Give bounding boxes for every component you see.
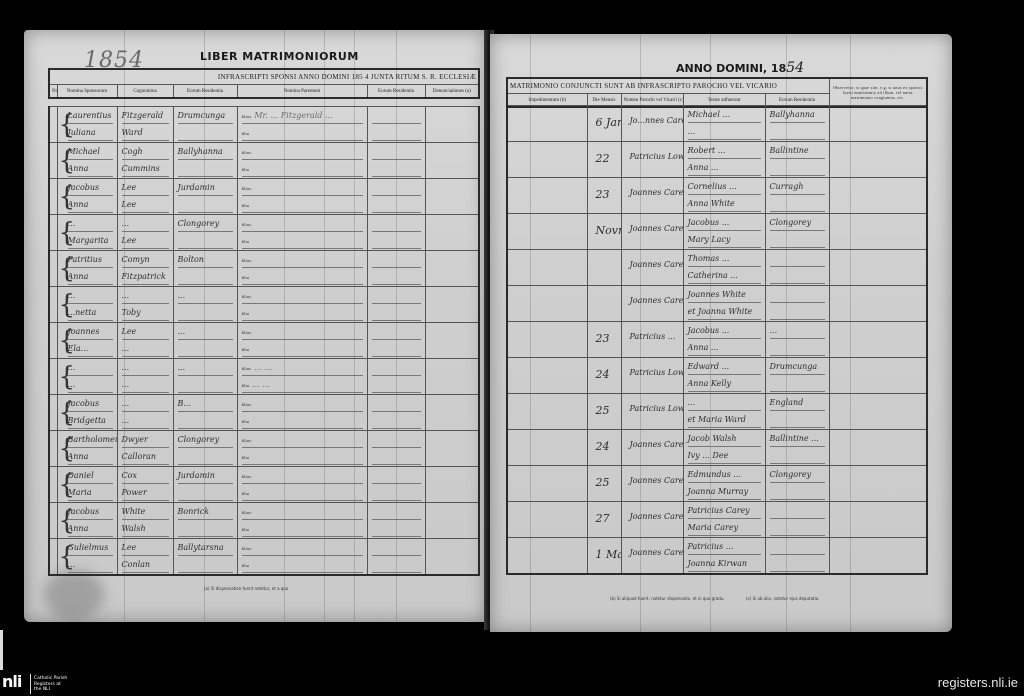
priest-name: Joannes Carey bbox=[624, 250, 681, 269]
entry-number-cell bbox=[49, 539, 57, 576]
register-entry-row: 25Patricius Lowe...et Maria WardEngland bbox=[507, 394, 927, 430]
brace-mark: { bbox=[59, 255, 76, 283]
priest-cell: Patricius ... bbox=[621, 322, 683, 358]
register-entry-row: {...............filius... ...filia... ..… bbox=[49, 359, 479, 395]
spouse-names-cell: {Gulielmus... bbox=[57, 539, 117, 576]
register-entry-row: 25Joannes CareyEdmundus ...Joanna Murray… bbox=[507, 466, 927, 502]
right-entries: 6 Janr 24Jo...nnes CareyMichael ......Ba… bbox=[506, 105, 928, 575]
witness-residence: Clongorey bbox=[770, 215, 825, 231]
observations-cell bbox=[829, 538, 927, 575]
blank-line bbox=[770, 520, 825, 536]
filius-label: filius bbox=[242, 294, 252, 299]
blank-line bbox=[372, 485, 421, 501]
register-entry-row: 27Joannes CareyPatricius CareyMaria Care… bbox=[507, 502, 927, 538]
parents-cell: filiusfilia bbox=[237, 323, 367, 359]
residence-value: ... bbox=[178, 360, 233, 376]
witnesses-cell: Patricius CareyMaria Carey bbox=[683, 502, 765, 538]
priest-cell: Jo...nnes Carey bbox=[621, 106, 683, 142]
logo-caption: Catholic Parish Registers at the NLI bbox=[34, 676, 74, 693]
observations-cell bbox=[829, 106, 927, 142]
residence-cell: Ballytarsna bbox=[173, 539, 237, 576]
register-entry-row: 24Joannes CareyJacob WalshIvy ... DeeBal… bbox=[507, 430, 927, 466]
observations-cell bbox=[829, 250, 927, 286]
parents-residence-cell bbox=[367, 215, 425, 251]
parents-cell: filiusfilia bbox=[237, 431, 367, 467]
blank-line bbox=[372, 108, 421, 124]
blank-line bbox=[372, 197, 421, 213]
priest-name: Jo...nnes Carey bbox=[624, 106, 681, 125]
witness-residence-cell: Clongorey bbox=[765, 466, 829, 502]
site-url-link[interactable]: registers.nli.ie bbox=[938, 675, 1018, 690]
blank-line bbox=[770, 196, 825, 212]
father-line: filius bbox=[242, 540, 363, 556]
blank-line bbox=[372, 288, 421, 304]
priest-cell: Patricius Lowe bbox=[621, 358, 683, 394]
impediment-cell bbox=[507, 214, 587, 250]
marriage-register-left-table: INFRASCRIPTI SPONSI ANNO DOMINI 185 4 JU… bbox=[48, 68, 480, 99]
witness-2: ... bbox=[688, 124, 761, 140]
marriage-day: 23 bbox=[590, 322, 619, 345]
observations-cell bbox=[829, 394, 927, 430]
surnames-cell: ...Lee bbox=[117, 215, 173, 251]
parents-cell: filiusfilia bbox=[237, 503, 367, 539]
surnames-cell: CoxPower bbox=[117, 467, 173, 503]
filius-label: filius bbox=[242, 546, 252, 551]
priest-cell: Patricius Lowe bbox=[621, 394, 683, 430]
priest-name: Joannes Carey bbox=[624, 502, 681, 521]
banns-cell bbox=[425, 179, 479, 215]
witness-residence: Curragh bbox=[770, 179, 825, 195]
priest-cell: Joannes Carey bbox=[621, 538, 683, 575]
residence-value: Clongorey bbox=[178, 216, 233, 232]
register-entry-row: 23Joannes CareyCornelius ...Anna WhiteCu… bbox=[507, 178, 927, 214]
impediment-cell bbox=[507, 178, 587, 214]
filia-label: filia bbox=[242, 275, 250, 280]
filius-label: filius bbox=[242, 402, 252, 407]
spouse-names-cell: {......netta bbox=[57, 287, 117, 323]
residence-blank bbox=[178, 197, 233, 213]
blank-line bbox=[770, 232, 825, 248]
priest-name: Patricius Lowe bbox=[624, 142, 681, 161]
spouse-names-cell: {JacobusAnna bbox=[57, 179, 117, 215]
father-line: filius bbox=[242, 432, 363, 448]
mother-line: filia bbox=[242, 521, 363, 537]
witness-2: Joanna Kirwan bbox=[688, 556, 761, 572]
blank-line bbox=[770, 124, 825, 140]
left-entries: {LaurentiusJulianaFitzgeraldWardDrumcung… bbox=[48, 106, 480, 576]
mother-line: filia bbox=[242, 161, 363, 177]
entry-number-cell bbox=[49, 143, 57, 179]
groom-surname: ... bbox=[122, 360, 169, 376]
residence-blank bbox=[178, 341, 233, 357]
residence-value: ... bbox=[178, 324, 233, 340]
witnesses-cell: Patricius ...Joanna Kirwan bbox=[683, 538, 765, 575]
register-entry-row: 6 Janr 24Jo...nnes CareyMichael ......Ba… bbox=[507, 106, 927, 142]
day-cell: 6 Janr 24 bbox=[587, 106, 621, 142]
marriage-day: 22 bbox=[590, 142, 619, 165]
entry-number-cell bbox=[49, 323, 57, 359]
blank-line bbox=[372, 305, 421, 321]
surnames-cell: ...... bbox=[117, 359, 173, 395]
groom-surname: Lee bbox=[122, 324, 169, 340]
residence-value: Bolton bbox=[178, 252, 233, 268]
witness-2: et Maria Ward bbox=[688, 412, 761, 428]
register-entry-row: {MichaelAnnaCoghCumminsBallyhannafiliusf… bbox=[49, 143, 479, 179]
observations-cell bbox=[829, 358, 927, 394]
witness-residence-cell: Clongorey bbox=[765, 214, 829, 250]
impediment-cell bbox=[507, 466, 587, 502]
filia-label: filia bbox=[242, 491, 250, 496]
witness-2: Anna White bbox=[688, 196, 761, 212]
bride-surname: ... bbox=[122, 341, 169, 357]
impediment-cell bbox=[507, 538, 587, 575]
bride-surname: Fitzpatrick bbox=[122, 269, 169, 285]
book-title: LIBER MATRIMONIORUM bbox=[200, 50, 359, 63]
witness-1: Jacobus ... bbox=[688, 215, 761, 231]
residence-blank bbox=[178, 413, 233, 429]
day-cell: Novr 17 bbox=[587, 214, 621, 250]
blank-line bbox=[372, 180, 421, 196]
residence-value: Ballytarsna bbox=[178, 540, 233, 556]
residence-cell: ... bbox=[173, 359, 237, 395]
day-cell: 27 bbox=[587, 502, 621, 538]
spouse-names-cell: {JoannesEla... bbox=[57, 323, 117, 359]
mother-line: filia bbox=[242, 413, 363, 429]
anno-domini-title: ANNO DOMINI, 1854 bbox=[676, 60, 804, 76]
observations-cell bbox=[829, 502, 927, 538]
witness-1: Patricius ... bbox=[688, 539, 761, 555]
surnames-cell: Lee... bbox=[117, 323, 173, 359]
entry-number-cell bbox=[49, 359, 57, 395]
residence-cell: B... bbox=[173, 395, 237, 431]
groom-surname: Dwyer bbox=[122, 432, 169, 448]
groom-surname: White bbox=[122, 504, 169, 520]
brace-mark: { bbox=[59, 471, 76, 499]
col-header-parents-residence: Eorum Residentia bbox=[367, 85, 425, 99]
spouse-names-cell: {...Margarita bbox=[57, 215, 117, 251]
witness-1: Cornelius ... bbox=[688, 179, 761, 195]
day-cell: 25 bbox=[587, 466, 621, 502]
logo-caption-line-3: the NLI bbox=[34, 687, 74, 693]
bride-surname: Power bbox=[122, 485, 169, 501]
filius-label: filius bbox=[242, 258, 252, 263]
mother-line: filia bbox=[242, 269, 363, 285]
witnesses-cell: ...et Maria Ward bbox=[683, 394, 765, 430]
residence-value: Jurdamin bbox=[178, 468, 233, 484]
filius-label: filius bbox=[242, 222, 252, 227]
witness-1: Robert ... bbox=[688, 143, 761, 159]
left-footnote: (a) Si dispensation fuerit notetur, et a… bbox=[204, 586, 288, 591]
marriage-day: Novr 17 bbox=[590, 214, 619, 237]
day-cell: 22 bbox=[587, 142, 621, 178]
surnames-cell: LeeConlan bbox=[117, 539, 173, 576]
witness-2: et Joanna White bbox=[688, 304, 761, 320]
witness-residence: Ballintine ... bbox=[770, 431, 825, 447]
mother-line: filia bbox=[242, 197, 363, 213]
blank-line bbox=[372, 269, 421, 285]
parents-cell: filiusfilia bbox=[237, 287, 367, 323]
father-line: filius bbox=[242, 180, 363, 196]
witness-1: Michael ... bbox=[688, 107, 761, 123]
left-column-headers: No. Nomina Sponsorum Cognomina Eorum Res… bbox=[49, 85, 479, 99]
brace-mark: { bbox=[59, 435, 76, 463]
residence-blank bbox=[178, 557, 233, 573]
blank-line bbox=[372, 413, 421, 429]
residence-cell: Bonrick bbox=[173, 503, 237, 539]
col-header-parents: Nomina Parentum bbox=[237, 85, 367, 99]
filius-label: filius bbox=[242, 366, 252, 371]
marriage-day bbox=[590, 250, 619, 260]
priest-cell: Joannes Carey bbox=[621, 502, 683, 538]
witness-residence: ... bbox=[770, 323, 825, 339]
blank-line bbox=[770, 376, 825, 392]
impediment-cell bbox=[507, 430, 587, 466]
register-entry-row: {JacobusAnnaLeeLeeJurdaminfiliusfilia bbox=[49, 179, 479, 215]
surnames-cell: WhiteWalsh bbox=[117, 503, 173, 539]
observations-note: Observetur, si quae sint, e.g. si unus e… bbox=[829, 78, 927, 107]
surnames-cell: FitzgeraldWard bbox=[117, 107, 173, 143]
register-entry-row: {BartholomeusAnnaDwyerCalloranClongoreyf… bbox=[49, 431, 479, 467]
mother-name: ... ... bbox=[252, 380, 270, 389]
banns-cell bbox=[425, 287, 479, 323]
mother-line: filia bbox=[242, 125, 363, 141]
witness-residence bbox=[770, 503, 825, 519]
entry-number-cell bbox=[49, 431, 57, 467]
blank-line bbox=[770, 304, 825, 320]
banns-cell bbox=[425, 143, 479, 179]
witness-residence-cell: Drumcunga bbox=[765, 358, 829, 394]
surnames-cell: DwyerCalloran bbox=[117, 431, 173, 467]
col-header-surnames: Cognomina bbox=[117, 85, 173, 99]
right-page: ANNO DOMINI, 1854 MATRIMONIO CONJUNCTI S… bbox=[490, 34, 952, 632]
blank-line bbox=[372, 557, 421, 573]
parents-residence-cell bbox=[367, 539, 425, 576]
residence-value: ... bbox=[178, 288, 233, 304]
logo-divider bbox=[30, 674, 31, 694]
blank-line bbox=[372, 396, 421, 412]
filia-label: filia bbox=[242, 383, 250, 388]
witness-residence bbox=[770, 251, 825, 267]
parents-residence-cell bbox=[367, 179, 425, 215]
register-entry-row: Joannes CareyThomas ...Catherina ... bbox=[507, 250, 927, 286]
bride-surname: ... bbox=[122, 413, 169, 429]
witness-2: Catherina ... bbox=[688, 268, 761, 284]
banns-cell bbox=[425, 467, 479, 503]
mother-line: filia bbox=[242, 341, 363, 357]
residence-cell: ... bbox=[173, 323, 237, 359]
day-cell: 24 bbox=[587, 358, 621, 394]
register-entry-row: {DanielMariaCoxPowerJurdaminfiliusfilia bbox=[49, 467, 479, 503]
residence-blank bbox=[178, 125, 233, 141]
parents-cell: filiusfilia bbox=[237, 251, 367, 287]
witnesses-cell: Jacobus ...Anna ... bbox=[683, 322, 765, 358]
marriage-day: 23 bbox=[590, 178, 619, 201]
anno-domini-prefix: ANNO DOMINI, 18 bbox=[676, 62, 786, 75]
nli-logo[interactable]: nli bbox=[2, 672, 21, 691]
bride-surname: ... bbox=[122, 377, 169, 393]
groom-surname: Cox bbox=[122, 468, 169, 484]
col-header-residence: Eorum Residentia bbox=[173, 85, 237, 99]
brace-mark: { bbox=[59, 507, 76, 535]
col-header-banns: Denunciationes (a) bbox=[425, 85, 479, 99]
blank-line bbox=[372, 252, 421, 268]
brace-mark: { bbox=[59, 147, 76, 175]
witnesses-cell: Jacobus ...Mary Lacy bbox=[683, 214, 765, 250]
bride-surname: Calloran bbox=[122, 449, 169, 465]
priest-cell: Joannes Carey bbox=[621, 214, 683, 250]
right-footnote-c: (c) Si ab alio, notetur ejus deputatio. bbox=[746, 596, 819, 601]
witness-residence-cell: England bbox=[765, 394, 829, 430]
right-banner: MATRIMONIO CONJUNCTI SUNT AB INFRASCRIPT… bbox=[507, 78, 829, 94]
brace-mark: { bbox=[59, 219, 76, 247]
residence-cell: Clongorey bbox=[173, 431, 237, 467]
witness-residence-cell: Ballintine bbox=[765, 142, 829, 178]
parents-residence-cell bbox=[367, 467, 425, 503]
observations-cell bbox=[829, 142, 927, 178]
register-entry-row: {PatritiusAnnaComynFitzpatrickBoltonfili… bbox=[49, 251, 479, 287]
father-line: filius bbox=[242, 396, 363, 412]
father-line: filiusMr. ... Fitzgerald ... bbox=[242, 108, 363, 124]
brace-mark: { bbox=[59, 183, 76, 211]
witness-1: Thomas ... bbox=[688, 251, 761, 267]
observations-cell bbox=[829, 430, 927, 466]
parents-cell: filiusMr. ... Fitzgerald ...filia bbox=[237, 107, 367, 143]
priest-name: Joannes Carey bbox=[624, 466, 681, 485]
witness-2: Anna Kelly bbox=[688, 376, 761, 392]
brace-mark: { bbox=[59, 111, 76, 139]
banns-cell bbox=[425, 503, 479, 539]
groom-surname: Lee bbox=[122, 180, 169, 196]
mother-line: filia... ... bbox=[242, 377, 363, 393]
residence-cell: Jurdamin bbox=[173, 179, 237, 215]
surnames-cell: LeeLee bbox=[117, 179, 173, 215]
witness-residence: Drumcunga bbox=[770, 359, 825, 375]
impediment-cell bbox=[507, 106, 587, 142]
filius-label: filius bbox=[242, 114, 252, 119]
entry-number-cell bbox=[49, 395, 57, 431]
priest-name: Patricius Lowe bbox=[624, 358, 681, 377]
entry-number-cell bbox=[49, 467, 57, 503]
banns-cell bbox=[425, 359, 479, 395]
residence-blank bbox=[178, 269, 233, 285]
register-entry-row: {......netta...Toby...filiusfilia bbox=[49, 287, 479, 323]
witnesses-cell: Edmundus ...Joanna Murray bbox=[683, 466, 765, 502]
banns-cell bbox=[425, 539, 479, 576]
witness-residence-cell bbox=[765, 502, 829, 538]
brace-mark: { bbox=[59, 399, 76, 427]
spouse-names-cell: {JacobusAnna bbox=[57, 503, 117, 539]
parents-cell: filius... ...filia... ... bbox=[237, 359, 367, 395]
parents-cell: filiusfilia bbox=[237, 539, 367, 576]
witness-residence-cell bbox=[765, 286, 829, 322]
entry-number-cell bbox=[49, 107, 57, 143]
residence-cell: ... bbox=[173, 287, 237, 323]
entry-number-cell bbox=[49, 287, 57, 323]
left-page: 1854 LIBER MATRIMONIORUM INFRASCRIPTI SP… bbox=[24, 30, 486, 622]
blank-line bbox=[372, 449, 421, 465]
blank-line bbox=[372, 144, 421, 160]
marriage-day: 24 bbox=[590, 358, 619, 381]
spouse-names-cell: {...... bbox=[57, 359, 117, 395]
witness-2: Anna ... bbox=[688, 340, 761, 356]
parents-residence-cell bbox=[367, 251, 425, 287]
spouse-names-cell: {PatritiusAnna bbox=[57, 251, 117, 287]
impediment-cell bbox=[507, 322, 587, 358]
witness-1: Jacob Walsh bbox=[688, 431, 761, 447]
brace-mark: { bbox=[59, 291, 76, 319]
blank-line bbox=[372, 341, 421, 357]
father-line: filius bbox=[242, 288, 363, 304]
blank-line bbox=[372, 360, 421, 376]
parents-cell: filiusfilia bbox=[237, 179, 367, 215]
groom-surname: Fitzgerald bbox=[122, 108, 169, 124]
priest-name: Patricius ... bbox=[624, 322, 681, 341]
bride-surname: Cummins bbox=[122, 161, 169, 177]
residence-cell: Bolton bbox=[173, 251, 237, 287]
filius-label: filius bbox=[242, 438, 252, 443]
impediment-cell bbox=[507, 142, 587, 178]
residence-value: Jurdamin bbox=[178, 180, 233, 196]
blank-line bbox=[372, 504, 421, 520]
residence-blank bbox=[178, 377, 233, 393]
blank-line bbox=[372, 233, 421, 249]
parents-residence-cell bbox=[367, 287, 425, 323]
blank-line bbox=[770, 340, 825, 356]
filia-label: filia bbox=[242, 563, 250, 568]
mother-line: filia bbox=[242, 557, 363, 573]
filia-label: filia bbox=[242, 455, 250, 460]
observations-cell bbox=[829, 322, 927, 358]
parents-cell: filiusfilia bbox=[237, 395, 367, 431]
register-entry-row: Joannes CareyJoannes Whiteet Joanna Whit… bbox=[507, 286, 927, 322]
groom-surname: Cogh bbox=[122, 144, 169, 160]
residence-blank bbox=[178, 521, 233, 537]
blank-line bbox=[770, 268, 825, 284]
witness-residence: Ballyhanna bbox=[770, 107, 825, 123]
witness-2: Ivy ... Dee bbox=[688, 448, 761, 464]
groom-surname: ... bbox=[122, 288, 169, 304]
surnames-cell: ...Toby bbox=[117, 287, 173, 323]
father-line: filius... ... bbox=[242, 360, 363, 376]
banns-cell bbox=[425, 395, 479, 431]
marriage-register-right-table: MATRIMONIO CONJUNCTI SUNT AB INFRASCRIPT… bbox=[506, 77, 928, 108]
father-line: filius bbox=[242, 144, 363, 160]
witness-1: ... bbox=[688, 395, 761, 411]
residence-blank bbox=[178, 449, 233, 465]
priest-cell: Patricius Lowe bbox=[621, 142, 683, 178]
register-entry-row: {LaurentiusJulianaFitzgeraldWardDrumcung… bbox=[49, 107, 479, 143]
marriage-day: 25 bbox=[590, 394, 619, 417]
filia-label: filia bbox=[242, 347, 250, 352]
spouse-names-cell: {BartholomeusAnna bbox=[57, 431, 117, 467]
col-header-no: No. bbox=[49, 85, 57, 99]
blank-line bbox=[372, 377, 421, 393]
witness-2: Joanna Murray bbox=[688, 484, 761, 500]
banns-cell bbox=[425, 431, 479, 467]
filia-label: filia bbox=[242, 167, 250, 172]
spouse-names-cell: {DanielMaria bbox=[57, 467, 117, 503]
groom-surname: ... bbox=[122, 216, 169, 232]
blank-line bbox=[372, 125, 421, 141]
marriage-day: 24 bbox=[590, 430, 619, 453]
parents-residence-cell bbox=[367, 323, 425, 359]
impediment-cell bbox=[507, 502, 587, 538]
blank-line bbox=[770, 412, 825, 428]
viewer-edge-bar bbox=[0, 630, 3, 670]
register-entry-row: 23Patricius ...Jacobus ...Anna ...... bbox=[507, 322, 927, 358]
observations-cell bbox=[829, 466, 927, 502]
witness-1: Edward ... bbox=[688, 359, 761, 375]
